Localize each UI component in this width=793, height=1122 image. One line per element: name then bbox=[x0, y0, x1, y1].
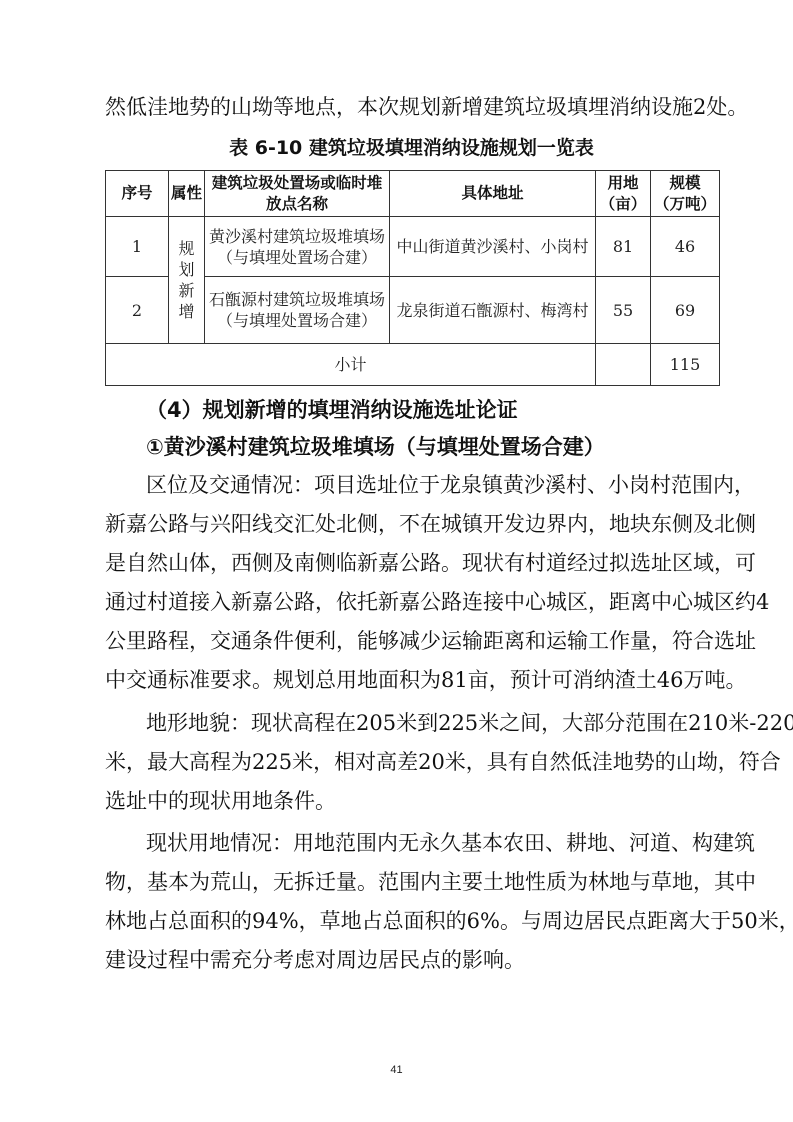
table-row: 1 规划新增 黄沙溪村建筑垃圾堆填场（与填埋处置场合建） 中山街道黄沙溪村、小岗… bbox=[106, 217, 720, 277]
header-index: 序号 bbox=[106, 171, 169, 217]
subtotal-row: 小计 115 bbox=[106, 344, 720, 386]
paragraph-location-line: 是自然山体，西侧及南侧临新嘉公路。现状有村道经过拟选址区域，可 bbox=[105, 550, 718, 576]
name-line1: 石甑源村建筑垃圾堆填场 bbox=[209, 290, 385, 309]
cell-scale: 69 bbox=[651, 277, 720, 344]
name-line2: （与填埋处置场合建） bbox=[217, 311, 377, 330]
table-caption: 表 6-10 建筑垃圾填埋消纳设施规划一览表 bbox=[105, 135, 718, 161]
header-name: 建筑垃圾处置场或临时堆放点名称 bbox=[205, 171, 390, 217]
name-line1: 黄沙溪村建筑垃圾堆填场 bbox=[209, 227, 385, 246]
cell-land: 81 bbox=[596, 217, 651, 277]
attribute-line1: 规划 bbox=[178, 239, 194, 279]
cell-attribute: 规划新增 bbox=[169, 217, 205, 344]
cell-land: 55 bbox=[596, 277, 651, 344]
header-scale: 规模（万吨） bbox=[651, 171, 720, 217]
document-page: 然低洼地势的山坳等地点，本次规划新增建筑垃圾填埋消纳设施2处。 表 6-10 建… bbox=[0, 0, 793, 1122]
sub-heading: ①黄沙溪村建筑垃圾堆填场（与填埋处置场合建） bbox=[146, 434, 718, 460]
paragraph-terrain-line: 米，最大高程为225米，相对高差20米，具有自然低洼地势的山坳，符合 bbox=[105, 749, 718, 775]
paragraph-land-use-line: 林地占总面积的94%，草地占总面积的6%。与周边居民点距离大于50米， bbox=[105, 908, 718, 934]
paragraph-location-line: 公里路程，交通条件便利，能够减少运输距离和运输工作量，符合选址 bbox=[105, 628, 718, 654]
cell-address: 中山街道黄沙溪村、小岗村 bbox=[390, 217, 596, 277]
paragraph-location-line: 中交通标准要求。规划总用地面积为81亩，预计可消纳渣土46万吨。 bbox=[105, 667, 718, 693]
header-address: 具体地址 bbox=[390, 171, 596, 217]
cell-index: 2 bbox=[106, 277, 169, 344]
cell-name: 黄沙溪村建筑垃圾堆填场（与填埋处置场合建） bbox=[205, 217, 390, 277]
header-land-line1: 用地 bbox=[607, 174, 638, 192]
header-land: 用地（亩） bbox=[596, 171, 651, 217]
facility-plan-table: 序号 属性 建筑垃圾处置场或临时堆放点名称 具体地址 用地（亩） 规模（万吨） … bbox=[105, 170, 720, 386]
subtotal-land bbox=[596, 344, 651, 386]
paragraph-terrain-line: 选址中的现状用地条件。 bbox=[105, 788, 718, 814]
paragraph-land-use-line: 现状用地情况：用地范围内无永久基本农田、耕地、河道、构建筑 bbox=[146, 830, 718, 856]
header-name-line2: 放点名称 bbox=[266, 195, 328, 213]
paragraph-location-line: 区位及交通情况：项目选址位于龙泉镇黄沙溪村、小岗村范围内， bbox=[146, 472, 718, 498]
subtotal-label: 小计 bbox=[106, 344, 596, 386]
paragraph-location-line: 通过村道接入新嘉公路，依托新嘉公路连接中心城区，距离中心城区约4 bbox=[105, 589, 718, 615]
page-number: 41 bbox=[0, 1064, 793, 1076]
attribute-line2: 新增 bbox=[178, 281, 194, 321]
header-land-line2: （亩） bbox=[600, 195, 647, 213]
cell-address: 龙泉街道石甑源村、梅湾村 bbox=[390, 277, 596, 344]
header-name-line1: 建筑垃圾处置场或临时堆 bbox=[212, 174, 383, 192]
cell-index: 1 bbox=[106, 217, 169, 277]
cell-name: 石甑源村建筑垃圾堆填场（与填埋处置场合建） bbox=[205, 277, 390, 344]
header-scale-line2: （万吨） bbox=[654, 195, 716, 213]
section-heading: （4）规划新增的填埋消纳设施选址论证 bbox=[146, 397, 718, 423]
paragraph-location-line: 新嘉公路与兴阳线交汇处北侧，不在城镇开发边界内，地块东侧及北侧 bbox=[105, 511, 718, 537]
table-header-row: 序号 属性 建筑垃圾处置场或临时堆放点名称 具体地址 用地（亩） 规模（万吨） bbox=[106, 171, 720, 217]
cell-scale: 46 bbox=[651, 217, 720, 277]
paragraph-land-use-line: 物，基本为荒山，无拆迁量。范围内主要土地性质为林地与草地，其中 bbox=[105, 869, 718, 895]
header-scale-line1: 规模 bbox=[669, 174, 700, 192]
intro-line: 然低洼地势的山坳等地点，本次规划新增建筑垃圾填埋消纳设施2处。 bbox=[105, 94, 718, 120]
subtotal-scale: 115 bbox=[651, 344, 720, 386]
name-line2: （与填埋处置场合建） bbox=[217, 248, 377, 267]
paragraph-terrain-line: 地形地貌：现状高程在205米到225米之间，大部分范围在210米-220 bbox=[146, 710, 718, 736]
paragraph-land-use-line: 建设过程中需充分考虑对周边居民点的影响。 bbox=[105, 947, 718, 973]
header-attribute: 属性 bbox=[169, 171, 205, 217]
